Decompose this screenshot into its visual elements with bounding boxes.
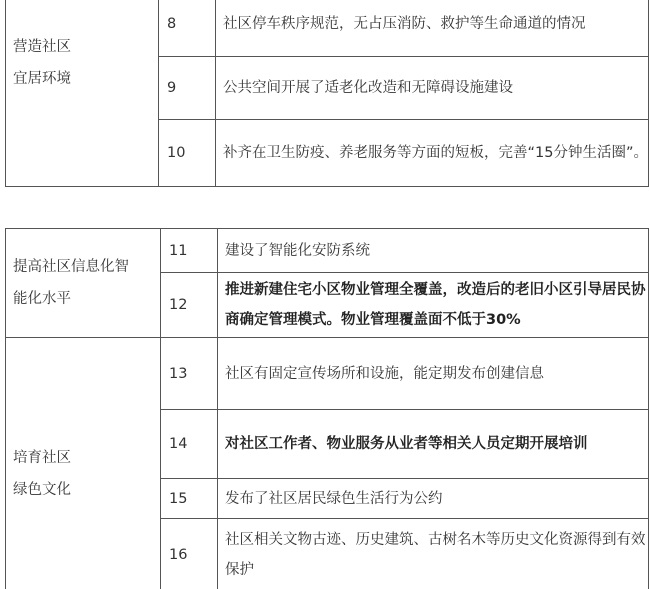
item-text: 社区停车秩序规范，无占压消防、救护等生命通道的情况 bbox=[216, 0, 649, 57]
item-text: 推进新建住宅小区物业管理全覆盖，改造后的老旧小区引导居民协商确定管理模式。物业管… bbox=[218, 273, 649, 338]
category-cell: 提高社区信息化智 能化水平 bbox=[6, 229, 161, 338]
item-number: 9 bbox=[159, 57, 216, 120]
criteria-table-2: 提高社区信息化智 能化水平 11 建设了智能化安防系统 12 推进新建住宅小区物… bbox=[5, 228, 649, 589]
item-text: 对社区工作者、物业服务从业者等相关人员定期开展培训 bbox=[218, 410, 649, 479]
item-text: 社区有固定宣传场所和设施，能定期发布创建信息 bbox=[218, 338, 649, 410]
criteria-table-1: 营造社区 宜居环境 8 社区停车秩序规范，无占压消防、救护等生命通道的情况 9 … bbox=[5, 0, 649, 187]
item-number: 10 bbox=[159, 120, 216, 187]
item-number: 8 bbox=[159, 0, 216, 57]
table-row: 提高社区信息化智 能化水平 11 建设了智能化安防系统 bbox=[6, 229, 649, 273]
category-cell: 营造社区 宜居环境 bbox=[6, 0, 159, 187]
category-line: 营造社区 bbox=[13, 31, 158, 63]
item-text: 建设了智能化安防系统 bbox=[218, 229, 649, 273]
table-row: 营造社区 宜居环境 8 社区停车秩序规范，无占压消防、救护等生命通道的情况 bbox=[6, 0, 649, 57]
item-number: 15 bbox=[161, 479, 218, 519]
category-line: 绿色文化 bbox=[13, 474, 160, 506]
item-text: 公共空间开展了适老化改造和无障碍设施建设 bbox=[216, 57, 649, 120]
category-line: 提高社区信息化智 bbox=[13, 251, 160, 283]
category-line: 宜居环境 bbox=[13, 63, 158, 95]
item-text: 补齐在卫生防疫、养老服务等方面的短板，完善“15分钟生活圈”。 bbox=[216, 120, 649, 187]
item-number: 11 bbox=[161, 229, 218, 273]
item-number: 13 bbox=[161, 338, 218, 410]
category-cell: 培育社区 绿色文化 bbox=[6, 338, 161, 589]
category-line: 培育社区 bbox=[13, 442, 160, 474]
item-number: 14 bbox=[161, 410, 218, 479]
item-number: 16 bbox=[161, 519, 218, 589]
item-number: 12 bbox=[161, 273, 218, 338]
item-text: 社区相关文物古迹、历史建筑、古树名木等历史文化资源得到有效保护 bbox=[218, 519, 649, 589]
item-text: 发布了社区居民绿色生活行为公约 bbox=[218, 479, 649, 519]
table-row: 培育社区 绿色文化 13 社区有固定宣传场所和设施，能定期发布创建信息 bbox=[6, 338, 649, 410]
category-line: 能化水平 bbox=[13, 283, 160, 315]
